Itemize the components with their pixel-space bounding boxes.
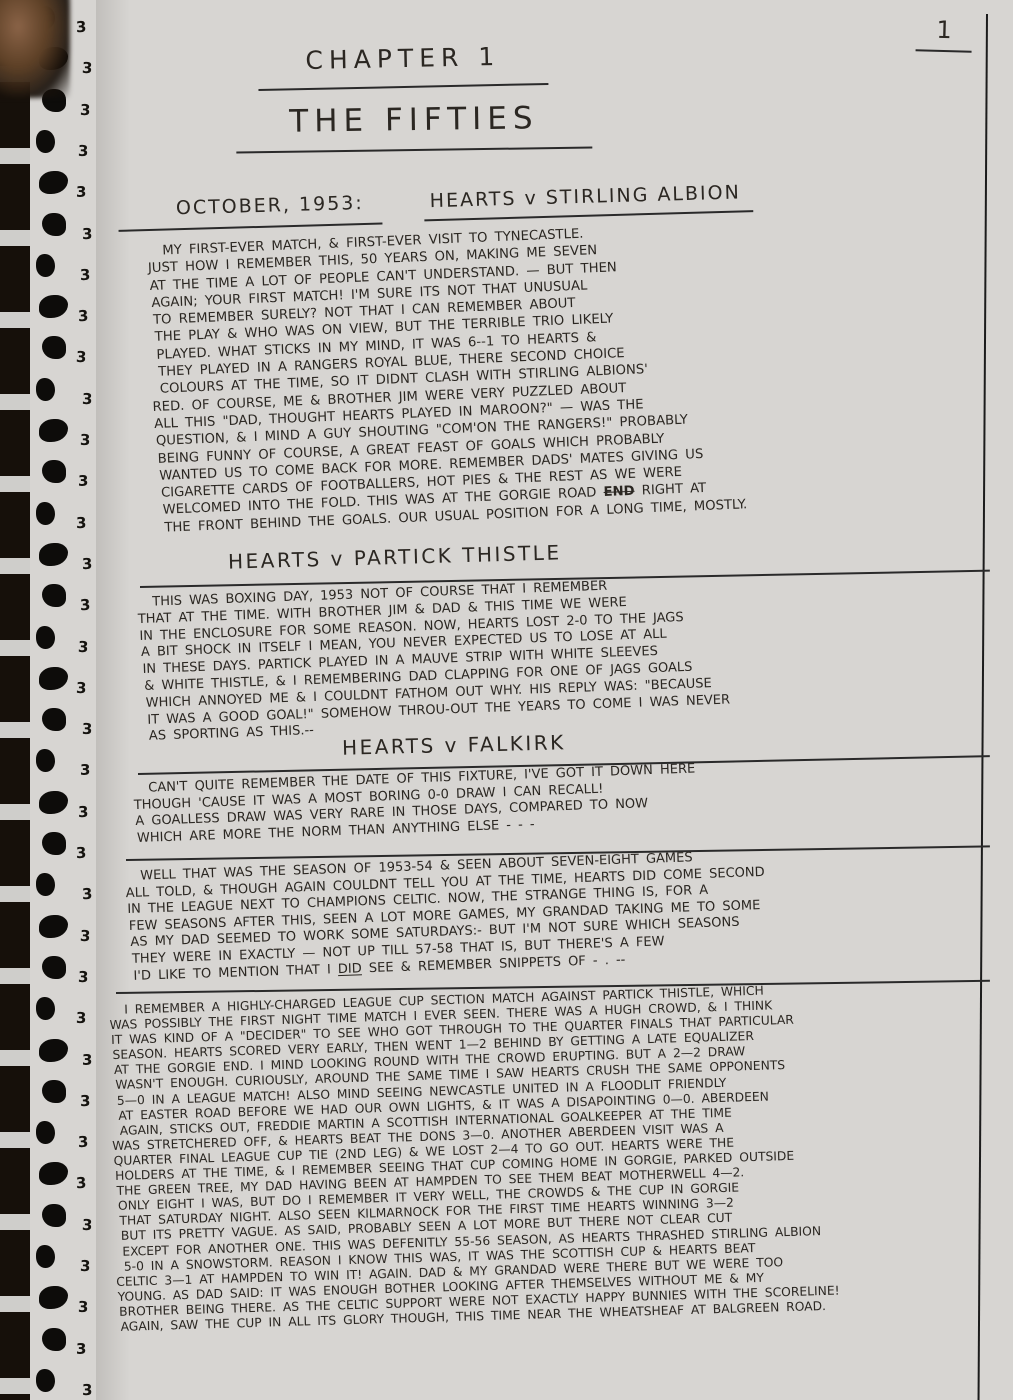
punch-hole-shadow: 3 [78,472,88,490]
spiral-ring-shadow [36,502,55,525]
spiral-ring-shadow [42,213,66,236]
spiral-ring-shadow [39,667,68,690]
spiral-ring-shadow [39,543,68,566]
spiral-ring-shadow [36,130,55,153]
binding-spine [0,0,30,1400]
chapter-heading: CHAPTER 1 [258,41,549,91]
punch-hole-shadow: 3 [76,514,87,532]
scanned-notebook-page: 3333333333333333333333333333333333 1 CHA… [0,0,1013,1400]
punch-hole-shadow: 3 [82,1381,93,1399]
spiral-ring-shadow [42,708,66,731]
punch-hole-shadow: 3 [82,1051,92,1069]
punch-hole-shadow: 3 [78,307,89,326]
punch-hole-shadow: 3 [76,1009,87,1027]
punch-hole-shadow: 3 [80,266,91,284]
spiral-ring-shadow [36,378,55,401]
punch-hole-shadow: 3 [82,1215,93,1234]
punch-hole-shadow: 3 [80,926,91,945]
punch-hole-shadow: 3 [82,885,93,904]
spiral-ring-shadow [42,460,66,483]
punch-hole-shadow: 3 [76,1340,86,1358]
spiral-ring-shadow [36,1121,55,1144]
punch-hole-shadow: 3 [76,18,87,37]
paragraph-stirling-albion: MY FIRST-EVER MATCH, & FIRST-EVER VISIT … [150,218,773,536]
punch-hole-shadow: 3 [78,968,89,986]
punch-hole-shadow: 3 [76,1174,87,1193]
punch-hole-shadow: 3 [80,761,90,779]
spiral-ring-shadow [36,1369,55,1392]
spiral-ring-shadow [36,873,55,896]
spiral-ring-shadow [39,419,68,442]
punch-hole-shadow: 3 [82,555,93,573]
punch-hole-shadow: 3 [80,100,91,118]
spiral-ring-shadow [36,626,55,649]
spiral-ring-shadow [36,749,55,772]
spiral-ring-shadow [36,997,55,1020]
spiral-ring-shadow [42,832,66,855]
punch-hole-shadow: 3 [82,720,93,738]
punch-hole-shadow: 3 [82,59,93,78]
spiral-ring-shadow [39,171,68,194]
spiral-ring-shadow [39,1162,68,1185]
punch-hole-shadow: 3 [82,390,93,408]
section-heading-partick: HEARTS v PARTICK THISTLE [228,540,562,573]
spiral-ring-shadow [42,336,66,359]
punch-hole-shadow: 3 [76,183,86,201]
punch-hole-shadow: 3 [80,596,91,615]
spiral-ring-shadow [42,1328,66,1351]
punch-hole-shadow: 3 [76,679,87,697]
punch-hole-shadow: 3 [80,431,91,449]
spiral-ring-shadow [42,1080,66,1103]
match-date: OCTOBER, 1953: [118,192,383,232]
paragraph-season-summary: WELL THAT WAS THE SEASON OF 1953-54 & SE… [128,847,796,985]
spiral-ring-shadow [36,1245,55,1268]
photocopy-smudge [0,0,70,98]
spiral-ring-shadow [39,1039,68,1062]
punch-hole-shadow: 3 [78,637,89,656]
page-number: 1 [916,15,973,52]
spiral-ring-shadow [42,956,66,979]
punch-hole-shadow: 3 [78,803,89,821]
paragraph-partick-thistle: THIS WAS BOXING DAY, 1953 NOT OF COURSE … [140,574,745,746]
punch-hole-shadow: 3 [76,844,87,862]
spiral-ring-shadow [39,1286,68,1309]
spiral-ring-shadow [42,584,66,607]
section-heading-falkirk: HEARTS v FALKIRK [342,730,566,759]
page-title: THE FIFTIES [236,100,593,154]
punch-hole-shadow: 3 [82,224,93,242]
punch-hole-shadow: 3 [78,1298,89,1316]
punch-hole-shadow: 3 [78,142,89,160]
spiral-ring-shadow [42,1204,66,1227]
spiral-ring-shadow [39,791,68,814]
punch-hole-shadow: 3 [80,1257,91,1275]
punch-hole-shadow: 3 [78,1133,89,1151]
punch-hole-shadow: 3 [76,348,87,367]
punch-hole-shadow: 3 [80,1092,91,1110]
spiral-ring-shadow [36,254,55,277]
spiral-binding: 3333333333333333333333333333333333 [0,0,110,1400]
paragraph-memories: I REMEMBER A HIGHLY-CHARGED LEAGUE CUP S… [112,977,1013,1335]
match-title: HEARTS v STIRLING ALBION [423,181,753,221]
spiral-ring-shadow [39,295,68,318]
spiral-ring-shadow [39,915,68,938]
